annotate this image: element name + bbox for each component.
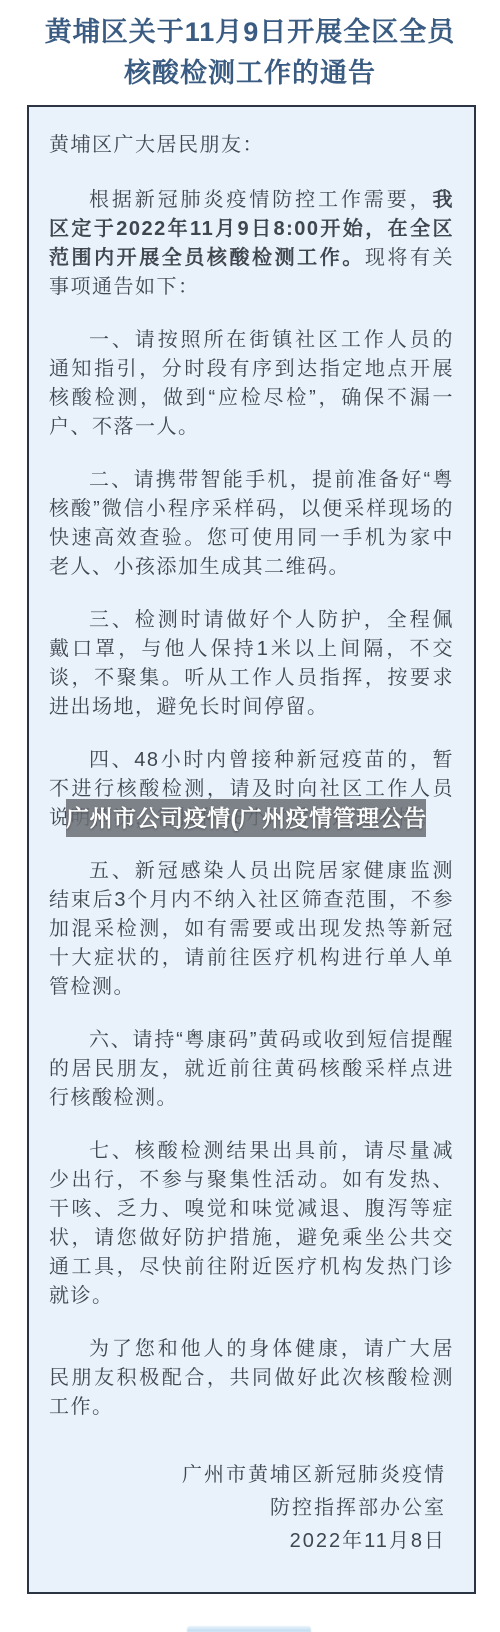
cutoff-bottom-badge <box>187 1626 311 1632</box>
intro-lead: 根据新冠肺炎疫情防控工作需要， <box>89 189 433 211</box>
notice-title-line1: 黄埔区关于11月9日开展全区全员 <box>45 17 456 47</box>
notice-body-box: 黄埔区广大居民朋友： 根据新冠肺炎疫情防控工作需要，我区定于2022年11月9日… <box>27 105 476 1594</box>
signature-block: 广州市黄埔区新冠肺炎疫情 防控指挥部办公室 2022年11月8日 <box>182 1459 446 1558</box>
item-5-paragraph: 五、新冠感染人员出院居家健康监测结束后3个月内不纳入社区筛查范围，不参加混采检测… <box>49 857 454 1002</box>
item-7-paragraph: 七、核酸检测结果出具前，请尽量减少出行，不参与聚集性活动。如有发热、干咳、乏力、… <box>49 1137 454 1311</box>
notice-title: 黄埔区关于11月9日开展全区全员 核酸检测工作的通告 <box>0 12 500 94</box>
notice-title-line2: 核酸检测工作的通告 <box>124 58 376 88</box>
intro-paragraph: 根据新冠肺炎疫情防控工作需要，我区定于2022年11月9日8:00开始，在全区范… <box>49 186 454 302</box>
item-3-paragraph: 三、检测时请做好个人防护，全程佩戴口罩，与他人保持1米以上间隔，不交谈，不聚集。… <box>49 606 454 722</box>
greeting-line: 黄埔区广大居民朋友： <box>49 131 454 160</box>
item-2-paragraph: 二、请携带智能手机，提前准备好“粤核酸”微信小程序采样码，以便采样现场的快速高效… <box>49 466 454 582</box>
signature-date: 2022年11月8日 <box>182 1525 446 1558</box>
signature-org-line1: 广州市黄埔区新冠肺炎疫情 <box>182 1459 446 1492</box>
watermark-overlay: 广州市公司疫情(广州疫情管理公告) <box>66 799 426 837</box>
closing-paragraph: 为了您和他人的身体健康，请广大居民朋友积极配合，共同做好此次核酸检测工作。 <box>49 1335 454 1422</box>
signature-org-line2: 防控指挥部办公室 <box>182 1492 446 1525</box>
item-1-paragraph: 一、请按照所在街镇社区工作人员的通知指引，分时段有序到达指定地点开展核酸检测，做… <box>49 326 454 442</box>
item-6-paragraph: 六、请持“粤康码”黄码或收到短信提醒的居民朋友，就近前往黄码核酸采样点进行核酸检… <box>49 1026 454 1113</box>
notice-page: 黄埔区关于11月9日开展全区全员 核酸检测工作的通告 黄埔区广大居民朋友： 根据… <box>0 0 500 1632</box>
